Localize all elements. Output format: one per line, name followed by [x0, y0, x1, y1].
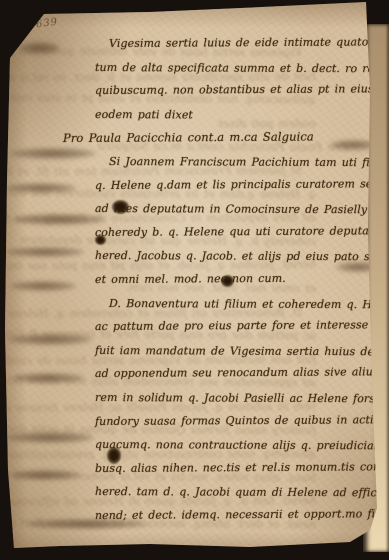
- manuscript-page: Vigesima sertia luius de eide intimate q…: [0, 0, 389, 560]
- folio-number: 639: [35, 17, 58, 31]
- manuscript-line: D. Bonaventura uti filium et coheredem q…: [109, 297, 365, 322]
- manuscript-line: hered. Jacobus q. Jacob. et alijs pd eiu…: [95, 249, 365, 274]
- manuscript-line: coheredy b. q. Helene qua uti curatore d…: [95, 224, 365, 249]
- manuscript-line: Pro Paula Pacicchia cont.a m.ca Salguica: [63, 130, 365, 155]
- manuscript-line: fundory suasa formas Quintos de quibus i…: [95, 413, 365, 438]
- manuscript-line: ad lites deputatum in Comocinsure de Pas…: [95, 202, 365, 227]
- manuscript-line: Si Joannem Franciscum Pacichium tam uti …: [109, 155, 365, 180]
- manuscript-line: hered. tam d. q. Jacobi quam di Helene a…: [95, 485, 365, 510]
- manuscript-line: quacumq. nona contrauctione alijs q. pre…: [95, 438, 365, 463]
- manuscript-line: Vigesima sertia luius de eide intimate q…: [109, 35, 365, 60]
- manuscript-line: busq. alias nihen. nec.tis et rel.is mon…: [95, 460, 365, 485]
- manuscript-line: q. Helene q.dam et lis principalis curat…: [95, 177, 365, 202]
- manuscript-line: quibuscumq. non obstantibus et alias pt …: [95, 83, 365, 108]
- ink-blot: [95, 235, 106, 245]
- ink-blot: [221, 275, 234, 287]
- manuscript-line: nend; et dect. idemq. necessarii et oppo…: [95, 507, 365, 532]
- photo-backdrop: Vigesima sertia luius de eide intimate q…: [0, 0, 389, 560]
- manuscript-line: ac pattum dae pro eius parte fore et int…: [95, 318, 365, 343]
- ink-blot: [112, 200, 129, 214]
- ink-blot: [107, 447, 121, 464]
- manuscript-line: rem in solidum q. Jacobi Pasielli ac Hel…: [95, 391, 365, 416]
- manuscript-line: ad opponendum seu renocandum alias sive …: [95, 366, 365, 391]
